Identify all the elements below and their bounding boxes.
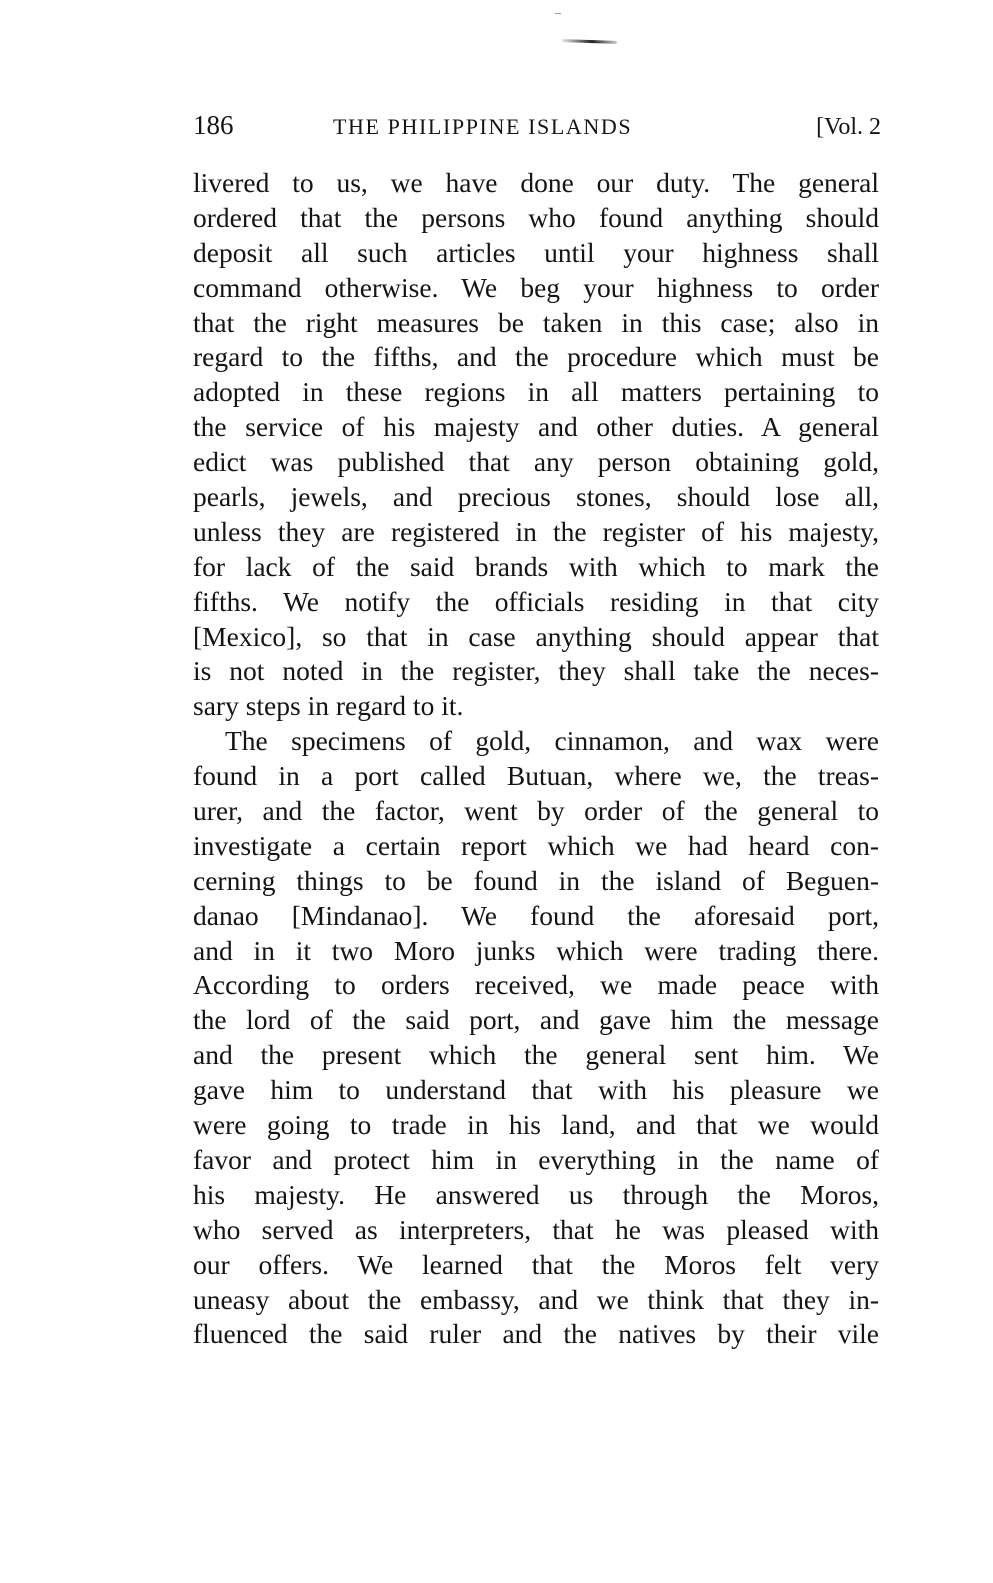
- text-line: investigate a certain report which we ha…: [193, 829, 879, 864]
- text-line: uneasy about the embassy, and we think t…: [193, 1283, 879, 1318]
- text-line: urer, and the factor, went by order of t…: [193, 794, 879, 829]
- scan-artifact-dot: [555, 13, 561, 14]
- text-line: for lack of the said brands with which t…: [193, 550, 879, 585]
- text-line: command otherwise. We beg your highness …: [193, 271, 879, 306]
- text-line: gave him to understand that with his ple…: [193, 1073, 879, 1108]
- body-text: livered to us, we have done our duty. Th…: [193, 166, 879, 1352]
- volume-label: [Vol. 2: [816, 110, 881, 144]
- text-line: who served as interpreters, that he was …: [193, 1213, 879, 1248]
- text-line: pearls, jewels, and precious stones, sho…: [193, 480, 879, 515]
- text-line: deposit all such articles until your hig…: [193, 236, 879, 271]
- text-line: found in a port called Butuan, where we,…: [193, 759, 879, 794]
- text-line: [Mexico], so that in case anything shoul…: [193, 620, 879, 655]
- text-line: the lord of the said port, and gave him …: [193, 1003, 879, 1038]
- text-line: The specimens of gold, cinnamon, and wax…: [193, 724, 879, 759]
- text-line: and the present which the general sent h…: [193, 1038, 879, 1073]
- paragraph: livered to us, we have done our duty. Th…: [193, 166, 879, 724]
- text-line: danao [Mindanao]. We found the aforesaid…: [193, 899, 879, 934]
- text-line: our offers. We learned that the Moros fe…: [193, 1248, 879, 1283]
- paragraph: The specimens of gold, cinnamon, and wax…: [193, 724, 879, 1352]
- text-line: unless they are registered in the regist…: [193, 515, 879, 550]
- text-line: According to orders received, we made pe…: [193, 968, 879, 1003]
- text-line: is not noted in the register, they shall…: [193, 654, 879, 689]
- scan-artifact-mark: [562, 39, 617, 44]
- text-line: regard to the fifths, and the procedure …: [193, 340, 879, 375]
- text-line: favor and protect him in everything in t…: [193, 1143, 879, 1178]
- text-line: edict was published that any person obta…: [193, 445, 879, 480]
- text-line: and in it two Moro junks which were trad…: [193, 934, 879, 969]
- running-head: 186 THE PHILIPPINE ISLANDS [Vol. 2: [193, 108, 881, 142]
- text-line: ordered that the persons who found anyth…: [193, 201, 879, 236]
- text-line: livered to us, we have done our duty. Th…: [193, 166, 879, 201]
- text-line: the service of his majesty and other dut…: [193, 410, 879, 445]
- text-line: that the right measures be taken in this…: [193, 306, 879, 341]
- text-line: cerning things to be found in the island…: [193, 864, 879, 899]
- text-line: sary steps in regard to it.: [193, 689, 879, 724]
- book-title: THE PHILIPPINE ISLANDS: [333, 110, 632, 144]
- page-number: 186: [193, 108, 234, 142]
- text-line: fifths. We notify the officials residing…: [193, 585, 879, 620]
- text-line: his majesty. He answered us through the …: [193, 1178, 879, 1213]
- text-line: fluenced the said ruler and the natives …: [193, 1317, 879, 1352]
- text-line: were going to trade in his land, and tha…: [193, 1108, 879, 1143]
- text-line: adopted in these regions in all matters …: [193, 375, 879, 410]
